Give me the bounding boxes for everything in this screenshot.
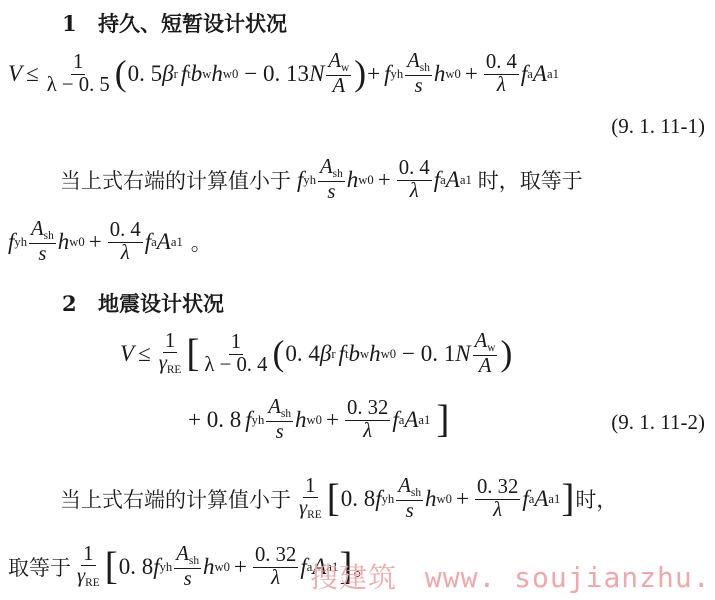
section-number: 1 bbox=[62, 11, 98, 36]
section-number: 2 bbox=[62, 291, 98, 316]
fraction: Ashs bbox=[405, 51, 432, 98]
note-2-line-1: 当上式右端的计算值小于 1γRE [ + 0. 8 0. 8 fyh Ashs … bbox=[60, 466, 617, 532]
watermark: 搜建筑 www. soujianzhu. cn bbox=[310, 556, 715, 596]
var-V: V bbox=[8, 61, 22, 87]
note-1-line-1: 当上式右端的计算值小于 fyh Ashs hw0 + 0. 4λ fa Aa1 … bbox=[60, 150, 583, 210]
formula-9-1-11-2-line-2: + 0. 8 fyh Ashs hw0 + 0. 32λ fa Aa1 ] bbox=[188, 390, 450, 450]
section-title: 持久、短暂设计状况 bbox=[98, 12, 287, 36]
equation-number-1: (9. 1. 11-1) bbox=[611, 114, 705, 139]
right-paren: ) bbox=[354, 56, 366, 92]
section-1-heading: 1持久、短暂设计状况 bbox=[62, 8, 287, 38]
fraction: 1λ − 0. 5 bbox=[45, 52, 112, 96]
right-bracket: ] bbox=[436, 400, 449, 439]
left-paren: ( bbox=[115, 56, 127, 92]
leq-symbol: ≤ bbox=[26, 61, 39, 87]
left-bracket: [ bbox=[186, 334, 199, 373]
section-title: 地震设计状况 bbox=[98, 292, 224, 316]
note-1-line-2: fyh Ashs hw0 + 0. 4λ fa Aa1 。 bbox=[8, 212, 212, 272]
fraction: AwA bbox=[326, 51, 351, 98]
section-2-heading: 2地震设计状况 bbox=[62, 288, 224, 318]
formula-9-1-11-1: V ≤ 1λ − 0. 5 ( 0. 5 βr ft bw hw0 − 0. 1… bbox=[8, 44, 559, 104]
formula-9-1-11-2-line-1: V ≤ 1γRE [ 1λ − 0. 4 ( 0. 4 βr ft bw hw0… bbox=[120, 322, 513, 386]
watermark-cn: 搜建筑 bbox=[310, 561, 397, 594]
watermark-url: www. soujianzhu. cn bbox=[425, 561, 715, 594]
equation-number-2: (9. 1. 11-2) bbox=[611, 410, 705, 435]
fraction: 0. 4λ bbox=[484, 52, 519, 96]
